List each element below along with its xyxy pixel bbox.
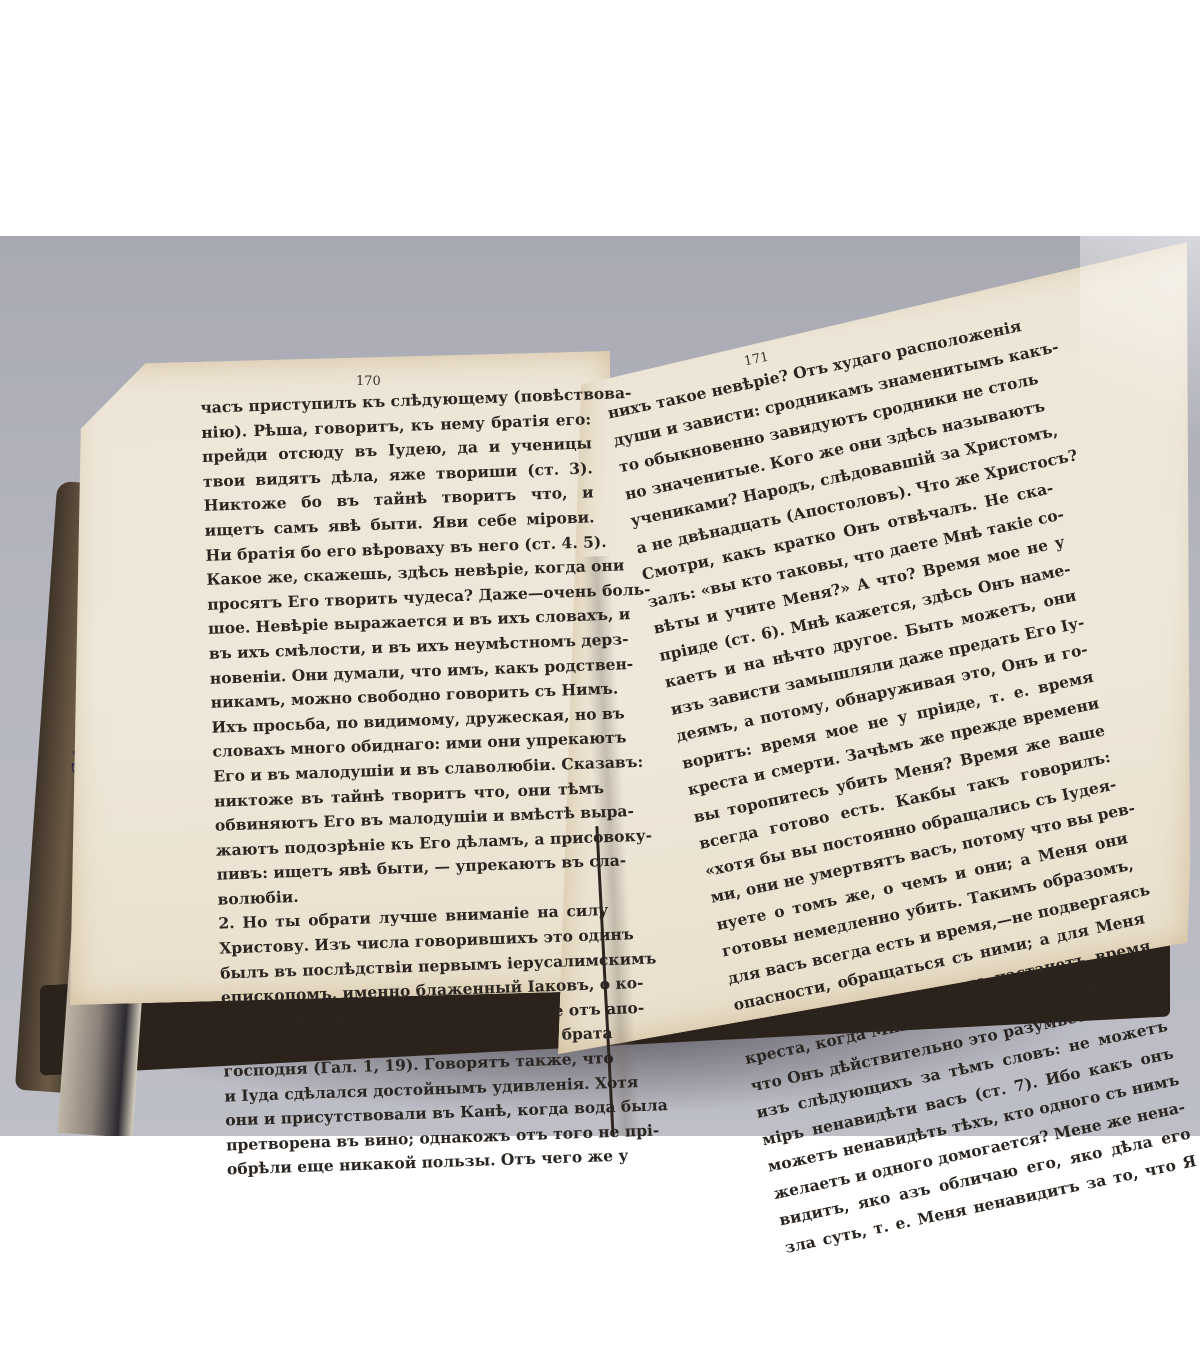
left-page-number: 170 <box>356 374 381 389</box>
left-page-text: часъ приступилъ къ слѣдующему (повѣствов… <box>200 382 617 1182</box>
